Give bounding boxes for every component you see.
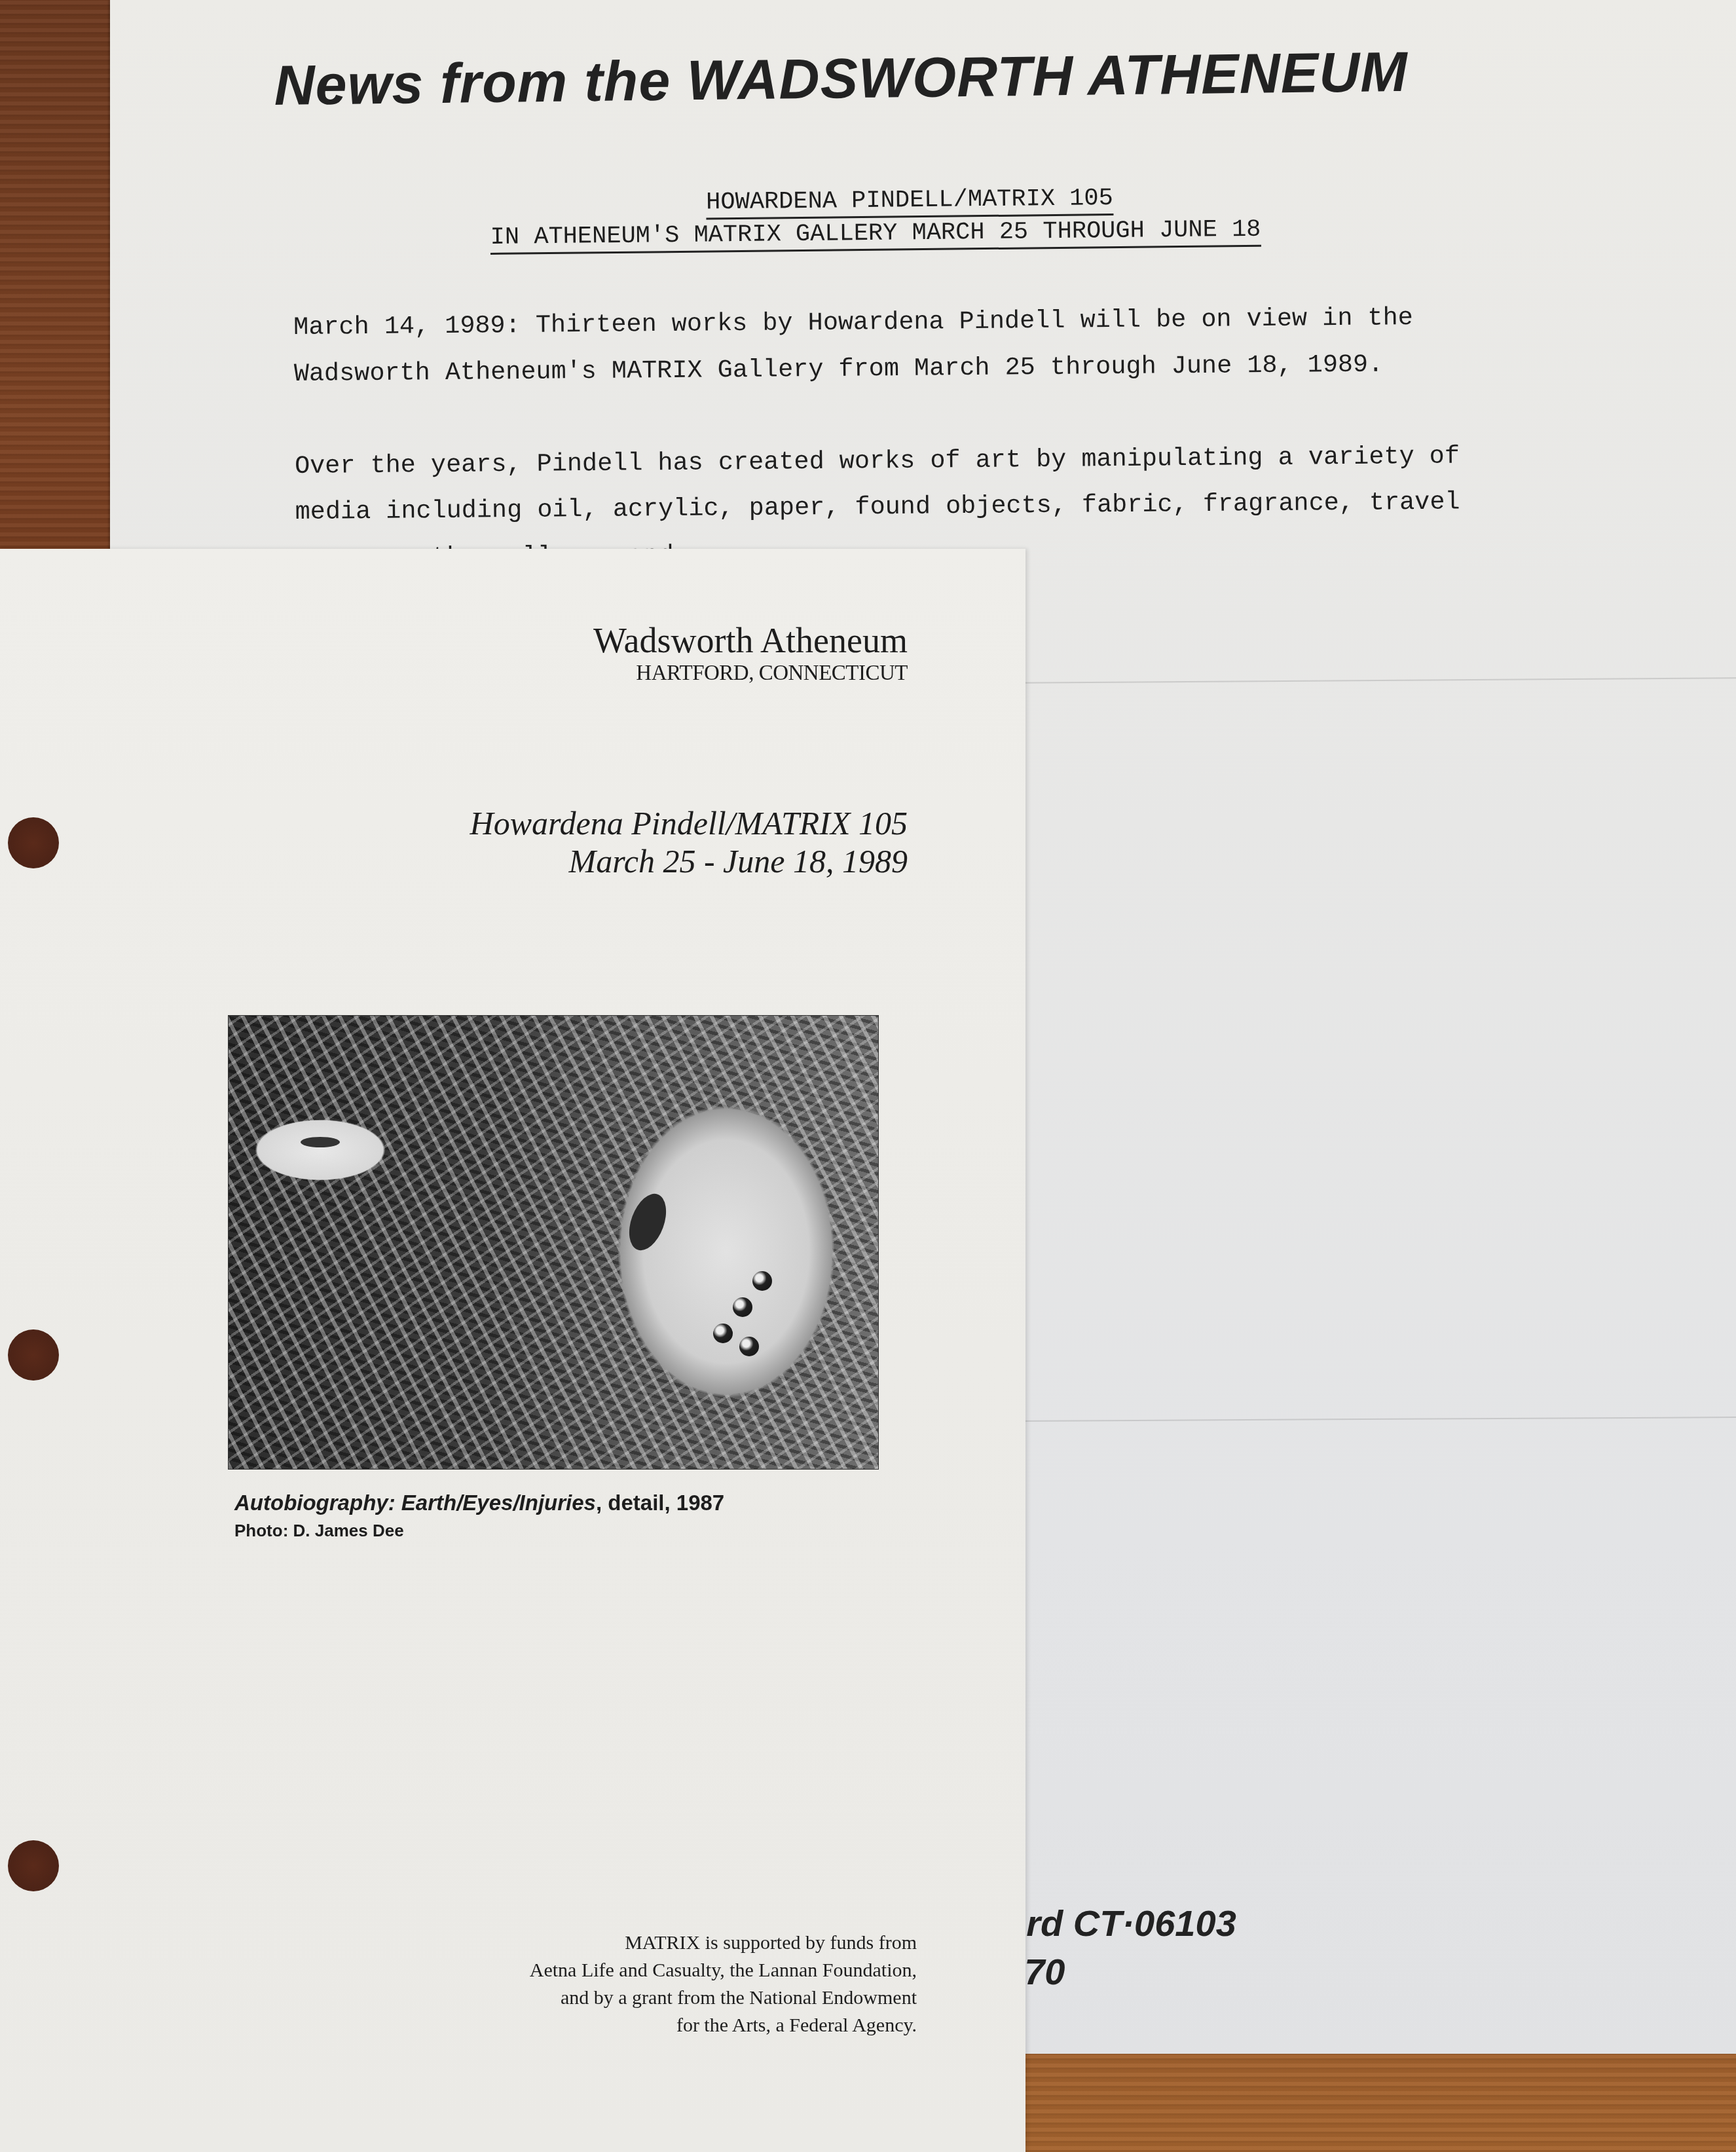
phone-line: 570 bbox=[1004, 1948, 1236, 1996]
headline-line-1: HOWARDENA PINDELL/MATRIX 105 bbox=[706, 185, 1113, 220]
caption-title-italic: Autobiography: Earth/Eyes/Injuries bbox=[234, 1491, 596, 1515]
caption-title: Autobiography: Earth/Eyes/Injuries, deta… bbox=[234, 1491, 724, 1515]
punch-hole bbox=[8, 1840, 59, 1891]
bead-shape bbox=[713, 1324, 733, 1343]
face-eye-shape bbox=[622, 1189, 673, 1255]
body-line: media including oil, acrylic, paper, fou… bbox=[295, 487, 1460, 527]
address-footer: ord CT·06103 570 bbox=[1004, 1899, 1236, 1996]
artwork-caption: Autobiography: Earth/Eyes/Injuries, deta… bbox=[234, 1491, 724, 1541]
exhibit-dates: March 25 - June 18, 1989 bbox=[470, 842, 908, 880]
support-line: MATRIX is supported by funds from bbox=[530, 1929, 917, 1957]
fold-crease bbox=[1014, 1417, 1736, 1422]
eye-shape bbox=[301, 1137, 340, 1147]
support-line: Aetna Life and Casualty, the Lannan Foun… bbox=[530, 1957, 917, 1984]
bead-shape bbox=[739, 1337, 759, 1356]
headline: HOWARDENA PINDELL/MATRIX 105 IN ATHENEUM… bbox=[490, 183, 1276, 191]
photo-credit: Photo: D. James Dee bbox=[234, 1521, 724, 1541]
body-line: March 14, 1989: Thirteen works by Howard… bbox=[293, 303, 1413, 342]
artwork-image bbox=[228, 1015, 879, 1470]
bead-shape bbox=[752, 1271, 772, 1291]
fold-crease bbox=[1014, 677, 1736, 684]
release-body: March 14, 1989: Thirteen works by Howard… bbox=[293, 301, 1669, 313]
bead-shape bbox=[733, 1297, 752, 1317]
support-line: for the Arts, a Federal Agency. bbox=[530, 2012, 917, 2039]
org-name: Wadsworth Atheneum bbox=[593, 621, 908, 660]
masthead: News from the WADSWORTH ATHENEUM bbox=[274, 40, 1408, 119]
body-line: Wadsworth Atheneum's MATRIX Gallery from… bbox=[294, 350, 1384, 388]
exhibit-title-block: Howardena Pindell/MATRIX 105 March 25 - … bbox=[470, 804, 908, 880]
exhibit-title: Howardena Pindell/MATRIX 105 bbox=[470, 804, 908, 842]
support-line: and by a grant from the National Endowme… bbox=[530, 1984, 917, 2012]
body-line: Over the years, Pindell has created work… bbox=[295, 441, 1460, 481]
punch-hole bbox=[8, 1329, 59, 1381]
org-location: HARTFORD, CONNECTICUT bbox=[593, 660, 908, 686]
organization-header: Wadsworth Atheneum HARTFORD, CONNECTICUT bbox=[593, 621, 908, 686]
headline-line-2: IN ATHENEUM'S MATRIX GALLERY MARCH 25 TH… bbox=[490, 216, 1261, 255]
punch-hole bbox=[8, 817, 59, 868]
support-credits: MATRIX is supported by funds fromAetna L… bbox=[530, 1929, 917, 2039]
address-line: ord CT·06103 bbox=[1004, 1899, 1236, 1948]
caption-title-rest: , detail, 1987 bbox=[596, 1491, 724, 1515]
brochure-sheet: Wadsworth Atheneum HARTFORD, CONNECTICUT… bbox=[0, 549, 1025, 2152]
